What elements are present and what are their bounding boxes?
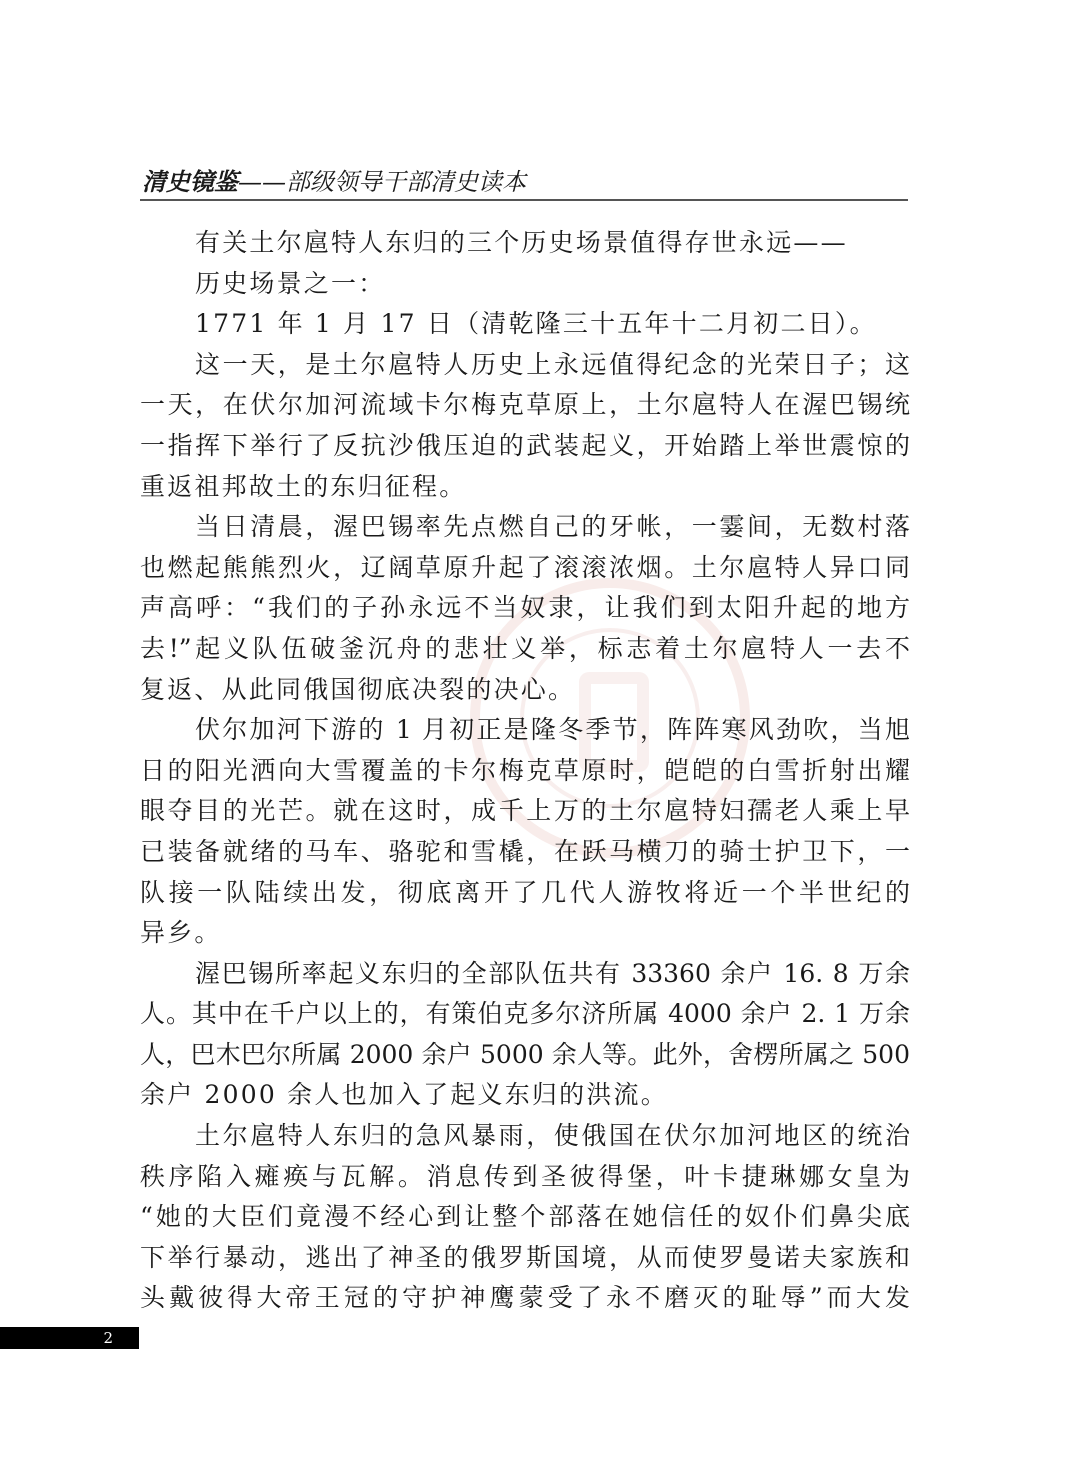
- text-line: 秩序陷入瘫痪与瓦解。消息传到圣彼得堡，叶卡捷琳娜女皇为: [140, 1157, 910, 1198]
- text-line: 一天，在伏尔加河流域卡尔梅克草原上，土尔扈特人在渥巴锡统: [140, 385, 910, 426]
- text-line: 眼夺目的光芒。就在这时，成千上万的土尔扈特妇孺老人乘上早: [140, 791, 910, 832]
- book-subtitle: 部级领导干部清史读本: [286, 168, 526, 196]
- text-line: 下举行暴动，逃出了神圣的俄罗斯国境，从而使罗曼诺夫家族和: [140, 1238, 910, 1279]
- header-title: 清史镜鉴——部级领导干部清史读本: [142, 162, 526, 197]
- text-line: “她的大臣们竟漫不经心到让整个部落在她信任的奴仆们鼻尖底: [140, 1197, 910, 1238]
- text-line: 这一天，是土尔扈特人历史上永远值得纪念的光荣日子；这: [140, 345, 910, 386]
- page-number: 2: [103, 1328, 113, 1348]
- text-line: 土尔扈特人东归的急风暴雨，使俄国在伏尔加河地区的统治: [140, 1116, 910, 1157]
- text-line: 队接一队陆续出发，彻底离开了几代人游牧将近一个半世纪的: [140, 873, 910, 914]
- text-line: 1771 年 1 月 17 日（清乾隆三十五年十二月初二日）。: [140, 304, 910, 345]
- header-rule: [140, 199, 908, 201]
- page-number-bar: 2: [0, 1327, 139, 1349]
- text-line: 人。其中在千户以上的，有策伯克多尔济所属 4000 余户 2. 1 万余: [140, 994, 910, 1035]
- text-line: 伏尔加河下游的 1 月初正是隆冬季节，阵阵寒风劲吹，当旭: [140, 710, 910, 751]
- text-line: 异乡。: [140, 913, 910, 954]
- text-line: 也燃起熊熊烈火，辽阔草原升起了滚滚浓烟。土尔扈特人异口同: [140, 548, 910, 589]
- text-line: 渥巴锡所率起义东归的全部队伍共有 33360 余户 16. 8 万余: [140, 954, 910, 995]
- text-line: 去!”起义队伍破釜沉舟的悲壮义举，标志着土尔扈特人一去不: [140, 629, 910, 670]
- text-line: 当日清晨，渥巴锡率先点燃自己的牙帐，一霎间，无数村落: [140, 507, 910, 548]
- running-header: 清史镜鉴——部级领导干部清史读本: [140, 160, 908, 200]
- text-line: 人，巴木巴尔所属 2000 余户 5000 余人等。此外，舍楞所属之 500: [140, 1035, 910, 1076]
- text-line: 已装备就绪的马车、骆驼和雪橇，在跃马横刀的骑士护卫下，一: [140, 832, 910, 873]
- text-line: 声高呼：“我们的子孙永远不当奴隶，让我们到太阳升起的地方: [140, 588, 910, 629]
- body-text: 有关土尔扈特人东归的三个历史场景值得存世永远——历史场景之一：1771 年 1 …: [140, 223, 910, 1319]
- text-line: 余户 2000 余人也加入了起义东归的洪流。: [140, 1075, 910, 1116]
- text-line: 头戴彼得大帝王冠的守护神鹰蒙受了永不磨灭的耻辱”而大发: [140, 1278, 910, 1319]
- text-line: 一指挥下举行了反抗沙俄压迫的武装起义，开始踏上举世震惊的: [140, 426, 910, 467]
- text-line: 复返、从此同俄国彻底决裂的决心。: [140, 670, 910, 711]
- text-line: 日的阳光洒向大雪覆盖的卡尔梅克草原时，皑皑的白雪折射出耀: [140, 751, 910, 792]
- text-line: 有关土尔扈特人东归的三个历史场景值得存世永远——: [140, 223, 910, 264]
- text-line: 历史场景之一：: [140, 264, 910, 305]
- text-line: 重返祖邦故土的东归征程。: [140, 467, 910, 508]
- book-title: 清史镜鉴: [142, 167, 238, 196]
- header-dash: ——: [238, 168, 286, 196]
